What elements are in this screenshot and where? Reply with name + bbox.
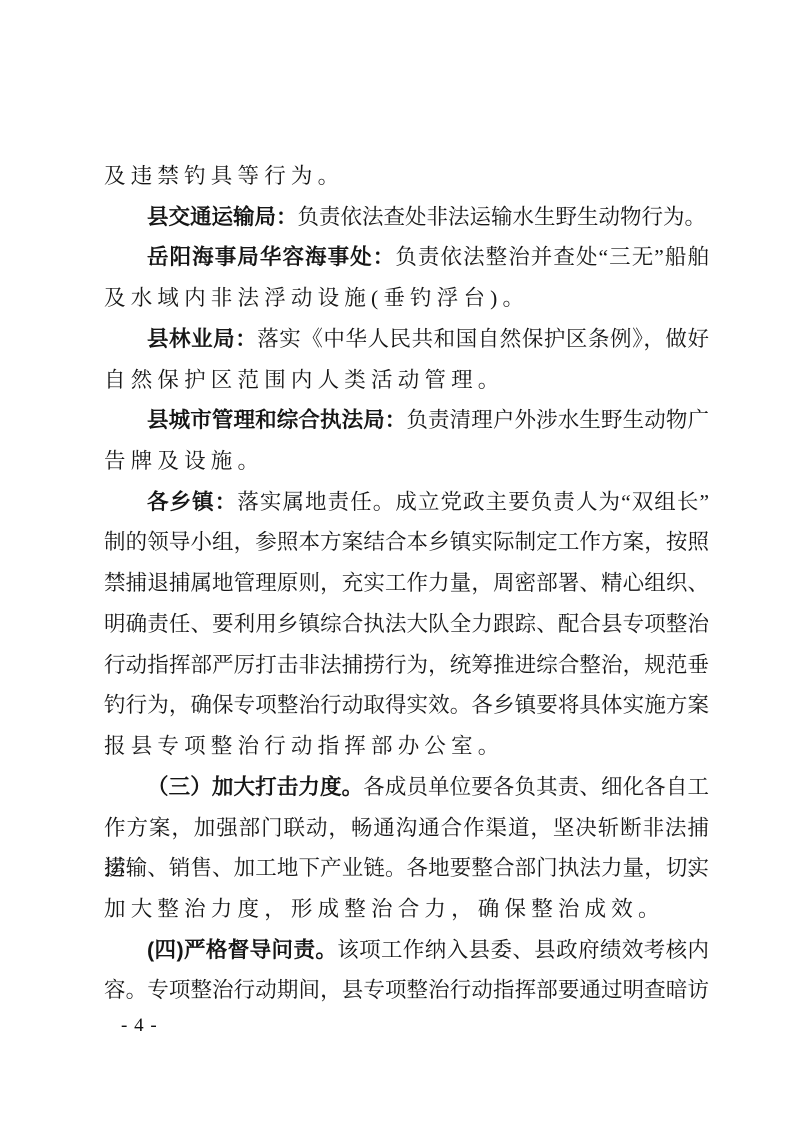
text-segment: 明确责任、要利用乡镇综合执法大队全力跟踪、配合县专项整治: [104, 612, 709, 636]
text-line: 各乡镇：落实属地责任。成立党政主要负责人为“双组长”: [104, 482, 709, 523]
text-segment: 加大整治力度，形成整治合力，确保整治成效。: [104, 897, 665, 921]
text-segment: 落实《中华人民共和国自然保护区条例》，做好: [257, 327, 709, 351]
text-segment: 容。专项整治行动期间，县专项整治行动指挥部要通过明查暗访: [104, 978, 709, 1002]
text-segment: 自然保护区范围内人类活动管理。: [104, 368, 505, 392]
text-line: 加大整治力度，形成整治合力，确保整治成效。: [104, 889, 709, 930]
text-line: 县林业局：落实《中华人民共和国自然保护区条例》，做好: [104, 319, 709, 360]
emphasis-segment: 县林业局：: [147, 327, 257, 351]
text-line: 岳阳海事局华容海事处：负责依法整治并查处“三无”船舶: [104, 237, 709, 278]
emphasis-segment: 县交通运输局：: [147, 205, 298, 229]
text-line: 自然保护区范围内人类活动管理。: [104, 360, 709, 401]
text-line: (四)严格督导问责。该项工作纳入县委、县政府绩效考核内: [104, 930, 709, 971]
text-segment: 各成员单位要各负其责、细化各自工: [363, 775, 709, 799]
text-line: 明确责任、要利用乡镇综合执法大队全力跟踪、配合县专项整治: [104, 604, 709, 645]
text-segment: 报县专项整治行动指挥部办公室。: [104, 734, 505, 758]
text-segment: 钓行为，确保专项整治行动取得实效。各乡镇要将具体实施方案: [104, 693, 709, 717]
paragraph: 岳阳海事局华容海事处：负责依法整治并查处“三无”船舶及水域内非法浮动设施(垂钓浮…: [104, 237, 709, 318]
text-line: 钓行为，确保专项整治行动取得实效。各乡镇要将具体实施方案: [104, 685, 709, 726]
emphasis-segment: 岳阳海事局华容海事处：: [147, 245, 395, 269]
text-line: 县城市管理和综合执法局：负责清理户外涉水生野生动物广: [104, 400, 709, 441]
text-line: 告牌及设施。: [104, 441, 709, 482]
paragraph: 县交通运输局：负责依法查处非法运输水生野生动物行为。: [104, 197, 709, 238]
text-line: 禁捕退捕属地管理原则，充实工作力量，周密部署、精心组织、: [104, 563, 709, 604]
paragraph: 各乡镇：落实属地责任。成立党政主要负责人为“双组长”制的领导小组，参照本方案结合…: [104, 482, 709, 767]
paragraph: 县城市管理和综合执法局：负责清理户外涉水生野生动物广告牌及设施。: [104, 400, 709, 481]
emphasis-segment: 县城市管理和综合执法局：: [147, 408, 406, 432]
emphasis-segment: 各乡镇：: [147, 490, 237, 514]
text-line: 容。专项整治行动期间，县专项整治行动指挥部要通过明查暗访: [104, 970, 709, 1011]
text-segment: 禁捕退捕属地管理原则，充实工作力量，周密部署、精心组织、: [104, 571, 709, 595]
text-segment: 及违禁钓具等行为。: [104, 164, 344, 188]
text-segment: 该项工作纳入县委、县政府绩效考核内: [337, 938, 709, 962]
paragraph: 及违禁钓具等行为。: [104, 156, 709, 197]
text-line: 运输、销售、加工地下产业链。各地要整合部门执法力量，切实: [104, 848, 709, 889]
text-segment: 运输、销售、加工地下产业链。各地要整合部门执法力量，切实: [104, 856, 709, 880]
text-segment: 制的领导小组，参照本方案结合本乡镇实际制定工作方案，按照: [104, 530, 709, 554]
text-line: 制的领导小组，参照本方案结合本乡镇实际制定工作方案，按照: [104, 522, 709, 563]
paragraph: (四)严格督导问责。该项工作纳入县委、县政府绩效考核内容。专项整治行动期间，县专…: [104, 930, 709, 1011]
text-segment: 及水域内非法浮动设施(垂钓浮台)。: [104, 286, 529, 310]
text-segment: 负责依法整治并查处“三无”船舶: [395, 245, 709, 269]
text-segment: 告牌及设施。: [104, 449, 264, 473]
paragraph: 县林业局：落实《中华人民共和国自然保护区条例》，做好自然保护区范围内人类活动管理…: [104, 319, 709, 400]
text-line: 及水域内非法浮动设施(垂钓浮台)。: [104, 278, 709, 319]
text-line: 报县专项整治行动指挥部办公室。: [104, 726, 709, 767]
text-line: 县交通运输局：负责依法查处非法运输水生野生动物行为。: [104, 197, 709, 238]
text-segment: 负责清理户外涉水生野生动物广: [406, 408, 709, 432]
text-line: 及违禁钓具等行为。: [104, 156, 709, 197]
text-segment: 落实属地责任。成立党政主要负责人为“双组长”: [237, 490, 709, 514]
document-content: 及违禁钓具等行为。县交通运输局：负责依法查处非法运输水生野生动物行为。岳阳海事局…: [104, 156, 709, 1011]
emphasis-segment: （三）加大打击力度。: [147, 775, 363, 799]
emphasis-segment: (四)严格督导问责。: [147, 938, 337, 962]
paragraph: （三）加大打击力度。各成员单位要各负其责、细化各自工作方案，加强部门联动，畅通沟…: [104, 767, 709, 930]
page-number: - 4 -: [121, 1013, 158, 1039]
document-page: 及违禁钓具等行为。县交通运输局：负责依法查处非法运输水生野生动物行为。岳阳海事局…: [0, 0, 793, 1122]
text-line: 作方案，加强部门联动，畅通沟通合作渠道，坚决斩断非法捕捞、: [104, 808, 709, 849]
text-segment: 负责依法查处非法运输水生野生动物行为。: [298, 205, 707, 229]
text-segment: 行动指挥部严厉打击非法捕捞行为，统筹推进综合整治，规范垂: [104, 653, 709, 677]
text-line: （三）加大打击力度。各成员单位要各负其责、细化各自工: [104, 767, 709, 808]
text-line: 行动指挥部严厉打击非法捕捞行为，统筹推进综合整治，规范垂: [104, 645, 709, 686]
